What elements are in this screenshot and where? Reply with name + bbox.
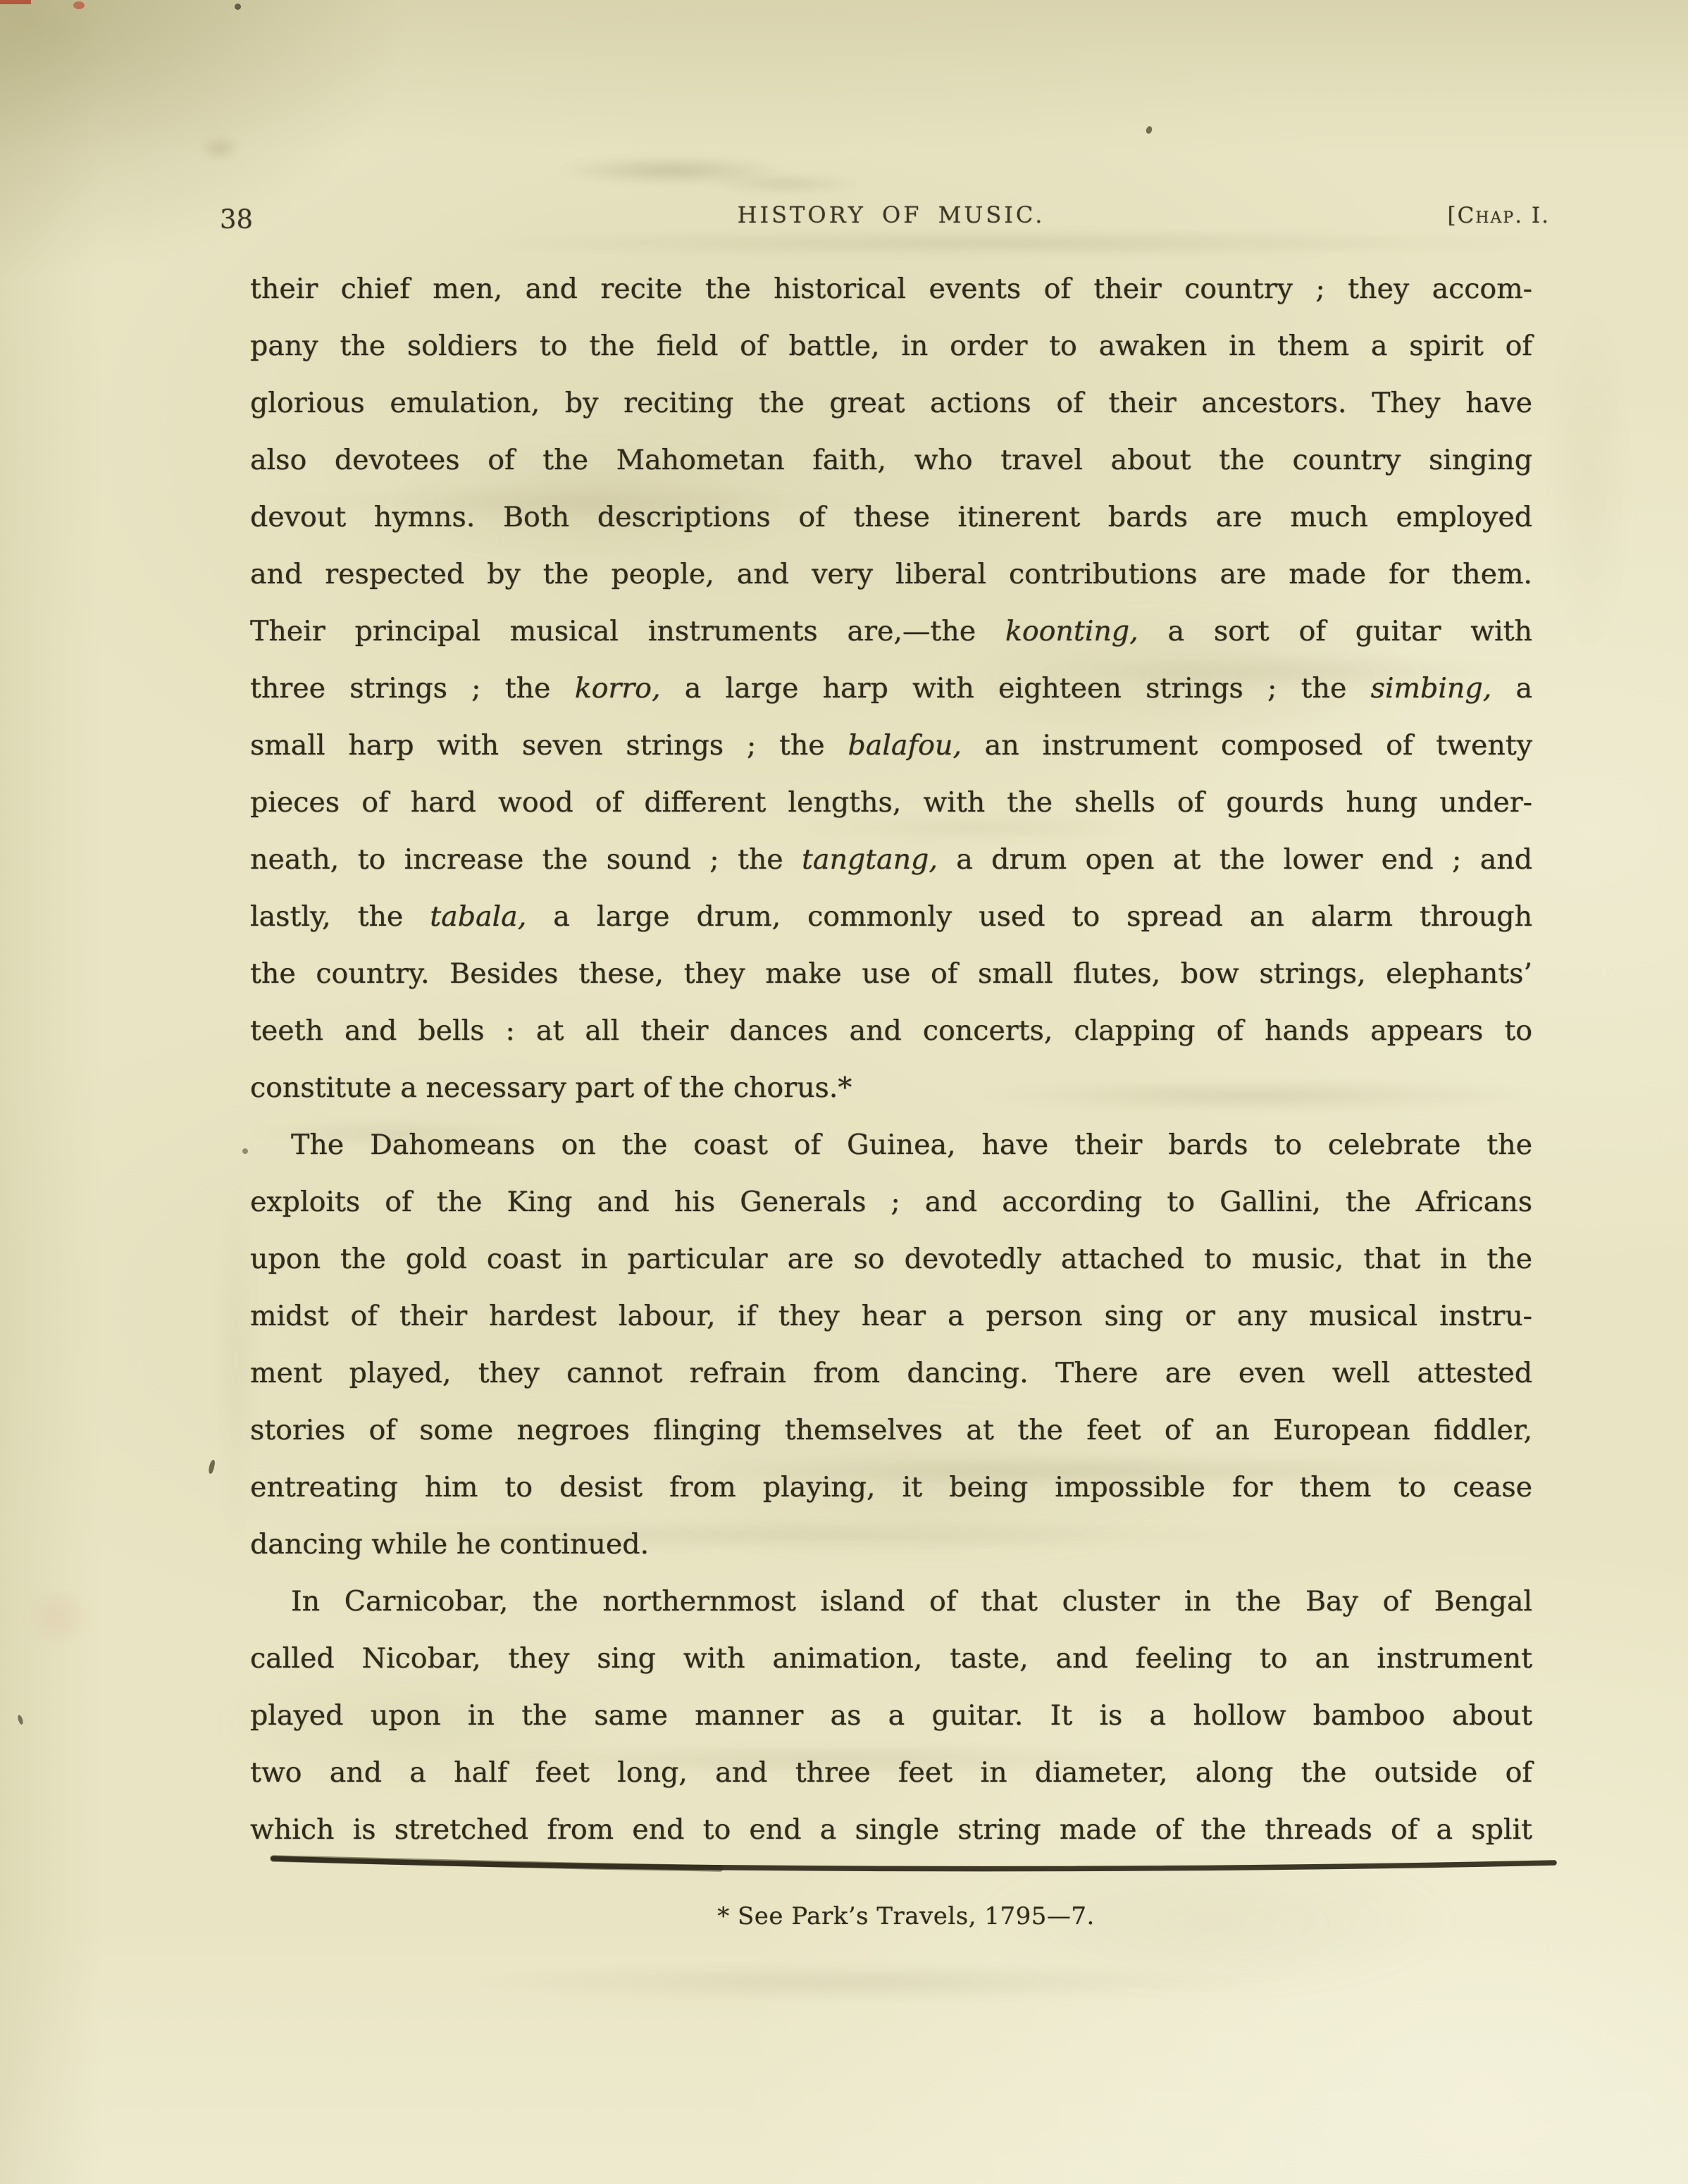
paragraph: their chief men, and recite the historic… (250, 261, 1532, 1117)
red-edge-dot (73, 1, 85, 9)
footnote-rule (269, 1851, 1558, 1880)
text-segment: upon the gold coast in particular are so… (250, 1243, 1532, 1275)
text-segment: called Nicobar, they sing with animation… (250, 1642, 1532, 1675)
edge-mark (17, 1714, 24, 1725)
text-segment: the country. Besides these, they make us… (250, 957, 1532, 990)
text-segment: exploits of the King and his Generals ; … (250, 1186, 1532, 1218)
text-segment: also devotees of the Mahometan faith, wh… (250, 444, 1532, 476)
text-segment: glorious emulation, by reciting the grea… (250, 387, 1532, 419)
text-line: Their principal musical instruments are,… (250, 603, 1532, 660)
italic-term: korro, (575, 672, 661, 705)
text-segment: a drum open at the lower end ; and (938, 843, 1532, 876)
text-line: called Nicobar, they sing with animation… (250, 1630, 1532, 1687)
bleedthrough-stain (451, 1963, 1268, 2002)
ink-speck (1145, 125, 1153, 135)
text-segment: which is stretched from end to end a sin… (250, 1813, 1532, 1846)
text-segment: In Carnicobar, the northernmost island o… (291, 1585, 1532, 1618)
running-title: HISTORY OF MUSIC. (250, 201, 1532, 228)
text-line: In Carnicobar, the northernmost island o… (250, 1573, 1532, 1630)
text-line: upon the gold coast in particular are so… (250, 1231, 1532, 1288)
text-line: teeth and bells : at all their dances an… (250, 1003, 1532, 1060)
page-number: 38 (220, 204, 253, 235)
text-line: also devotees of the Mahometan faith, wh… (250, 432, 1532, 489)
text-line: devout hymns. Both descriptions of these… (250, 489, 1532, 546)
margin-mark (208, 1459, 216, 1474)
text-line: dancing while he continued. (250, 1516, 1532, 1573)
text-line: glorious emulation, by reciting the grea… (250, 375, 1532, 432)
text-line: lastly, the tabala, a large drum, common… (250, 888, 1532, 945)
text-line: two and a half feet long, and three feet… (250, 1744, 1532, 1801)
paragraph: In Carnicobar, the northernmost island o… (250, 1573, 1532, 1859)
text-line: small harp with seven strings ; the bala… (250, 717, 1532, 774)
italic-term: simbing, (1371, 672, 1492, 705)
text-segment: small harp with seven strings ; the (250, 729, 848, 762)
text-line: which is stretched from end to end a sin… (250, 1801, 1532, 1859)
text-segment: teeth and bells : at all their dances an… (250, 1015, 1532, 1047)
brown-smudge (200, 137, 240, 159)
text-line: three strings ; the korro, a large harp … (250, 660, 1532, 717)
text-segment: a (1491, 672, 1532, 705)
italic-term: koonting, (1005, 615, 1138, 647)
text-line: entreating him to desist from playing, i… (250, 1459, 1532, 1516)
text-segment: a large drum, commonly used to spread an… (526, 900, 1532, 933)
text-block: their chief men, and recite the historic… (250, 261, 1532, 1859)
text-line: constitute a necessary part of the choru… (250, 1060, 1532, 1117)
text-line: midst of their hardest labour, if they h… (250, 1288, 1532, 1345)
italic-term: balafou, (848, 729, 961, 762)
text-line: exploits of the King and his Generals ; … (250, 1174, 1532, 1231)
text-segment: a sort of guitar with (1138, 615, 1532, 647)
text-line: played upon in the same manner as a guit… (250, 1687, 1532, 1744)
text-line: pany the soldiers to the field of battle… (250, 318, 1532, 375)
text-segment: lastly, the (250, 900, 430, 933)
margin-dot (242, 1148, 248, 1154)
text-segment: two and a half feet long, and three feet… (250, 1756, 1532, 1789)
bleedthrough-stain (557, 156, 789, 185)
text-line: pieces of hard wood of different lengths… (250, 774, 1532, 831)
text-segment: dancing while he continued. (250, 1528, 649, 1561)
text-segment: an instrument composed of twenty (962, 729, 1532, 762)
text-line: their chief men, and recite the historic… (250, 261, 1532, 318)
paragraph: The Dahomeans on the coast of Guinea, ha… (250, 1117, 1532, 1573)
text-segment: midst of their hardest labour, if they h… (250, 1300, 1532, 1332)
chapter-label: [Chap. I. (1448, 203, 1551, 228)
text-segment: ment played, they cannot refrain from da… (250, 1357, 1532, 1389)
text-line: stories of some negroes flinging themsel… (250, 1402, 1532, 1459)
italic-term: tangtang, (802, 843, 938, 876)
text-line: neath, to increase the sound ; the tangt… (250, 831, 1532, 888)
text-segment: played upon in the same manner as a guit… (250, 1699, 1532, 1732)
pink-stain (25, 1587, 92, 1646)
text-line: the country. Besides these, they make us… (250, 945, 1532, 1003)
book-page-scan: 38 HISTORY OF MUSIC. [Chap. I. their chi… (0, 0, 1688, 2184)
text-segment: devout hymns. Both descriptions of these… (250, 501, 1532, 533)
text-line: ment played, they cannot refrain from da… (250, 1345, 1532, 1402)
red-edge-mark (0, 0, 31, 4)
text-segment: a large harp with eighteen strings ; the (661, 672, 1371, 705)
text-line: and respected by the people, and very li… (250, 546, 1532, 603)
bleedthrough-stain (1543, 296, 1634, 662)
text-segment: entreating him to desist from playing, i… (250, 1471, 1532, 1503)
text-segment: pieces of hard wood of different lengths… (250, 786, 1532, 819)
bleedthrough-stain (705, 175, 867, 193)
bleedthrough-stain (437, 230, 1578, 256)
italic-term: tabala, (430, 900, 526, 933)
text-segment: three strings ; the (250, 672, 575, 705)
footnote: * See Park’s Travels, 1795—7. (250, 1902, 1532, 1930)
text-segment: Their principal musical instruments are,… (250, 615, 1005, 647)
text-segment: pany the soldiers to the field of battle… (250, 330, 1532, 362)
text-segment: their chief men, and recite the historic… (250, 273, 1532, 305)
text-segment: and respected by the people, and very li… (250, 558, 1532, 590)
ink-speck (235, 4, 241, 10)
text-line: The Dahomeans on the coast of Guinea, ha… (250, 1117, 1532, 1174)
text-segment: neath, to increase the sound ; the (250, 843, 802, 876)
text-segment: constitute a necessary part of the choru… (250, 1072, 852, 1104)
text-segment: The Dahomeans on the coast of Guinea, ha… (291, 1129, 1532, 1161)
text-segment: stories of some negroes flinging themsel… (250, 1414, 1532, 1446)
